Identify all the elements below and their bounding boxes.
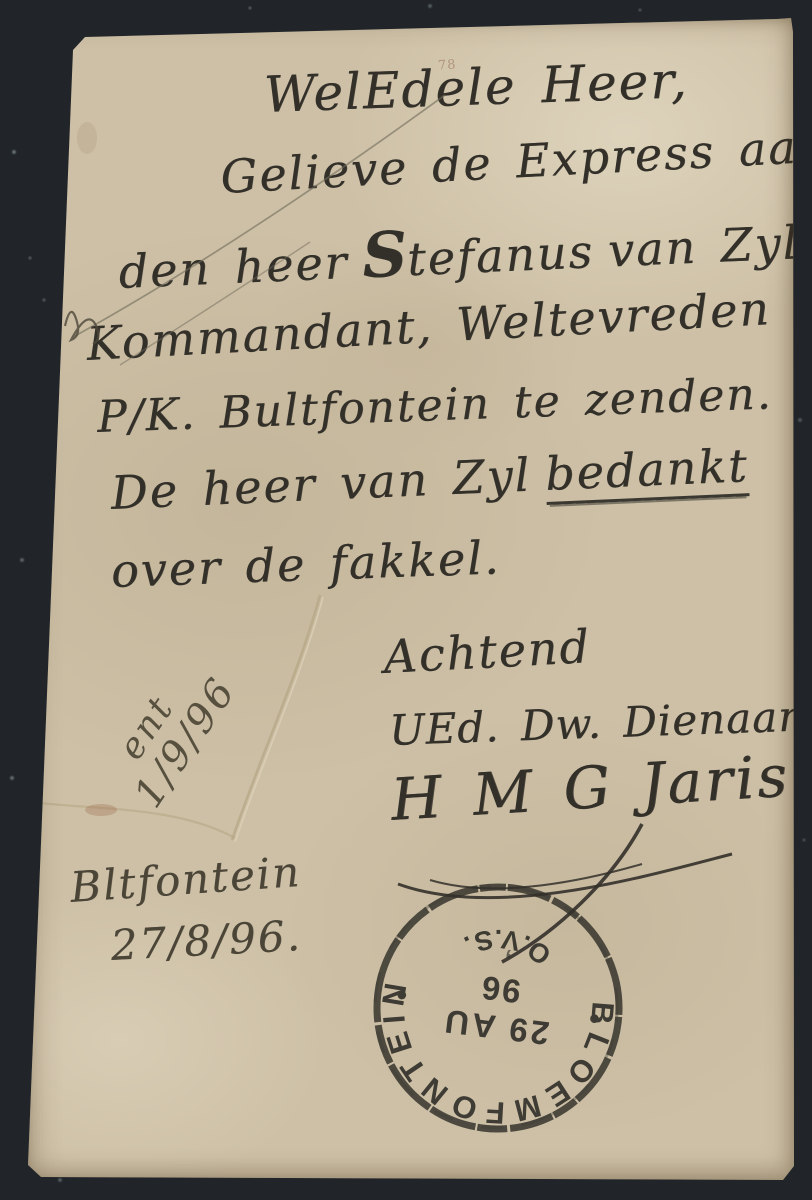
underlined-word-bedankt: bedankt — [544, 438, 750, 505]
letter-line-request: Gelieve de Express aan — [219, 118, 812, 204]
crease-line-horizontal — [30, 802, 235, 838]
postmark-year: 96 — [478, 969, 523, 1011]
signature: H M G Jaris — [389, 742, 792, 834]
letter-closing: Achtend — [382, 619, 592, 684]
addressee-pre: den heer — [117, 235, 349, 299]
postcard: 78 WelEdele Heer, Gelieve de Express aan… — [27, 18, 794, 1180]
crease-stain — [85, 804, 117, 816]
postmark-stamp: BLOEMFONTEIN O.V.S. • • 29 AU 96 , — [368, 878, 628, 1138]
pencil-received-note: ent 1/9/96 — [96, 621, 263, 815]
place-note: Bltfontein — [69, 847, 303, 912]
addressee-post: van Zyl, — [607, 215, 812, 278]
letter-line-thanks: De heer van Zylbedankt — [110, 438, 750, 520]
postmark-day-month: 29 AU — [440, 1002, 551, 1052]
letter-line-thanks2: over de fakkel. — [110, 530, 501, 598]
letter-line-po: P/K. Bultfontein te zenden. — [96, 368, 773, 443]
date-note: 27/8/96. — [109, 911, 303, 970]
letter-salutation: WelEdele Heer, — [263, 51, 689, 124]
corner-stain — [77, 122, 97, 154]
scan-background: { "letter": { "salutation": "WelEdele He… — [0, 0, 812, 1200]
addressee-name-rest: tefanus — [406, 224, 595, 286]
crease-highlight — [235, 597, 323, 842]
thanks-pre: De heer van Zyl — [110, 448, 533, 520]
addressee-name-initial: S — [361, 217, 409, 292]
crease-line-vertical — [232, 595, 320, 840]
